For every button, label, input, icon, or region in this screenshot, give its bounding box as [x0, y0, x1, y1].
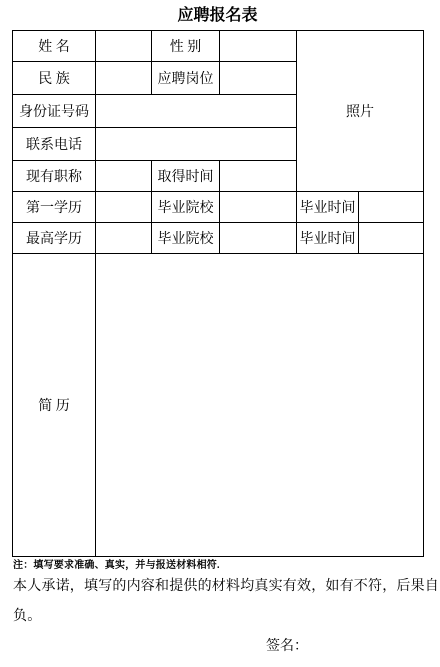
value-ethnicity[interactable] — [96, 62, 152, 95]
application-form-table: 姓 名 性 别 照片 民 族 应聘岗位 身份证号码 联系电话 现有职称 取得时间… — [12, 30, 424, 557]
label-ethnicity: 民 族 — [13, 62, 96, 95]
value-name[interactable] — [96, 31, 152, 62]
row-highest-education: 最高学历 毕业院校 毕业时间 — [13, 223, 424, 254]
value-contact-phone[interactable] — [96, 128, 297, 161]
value-first-graduate-school[interactable] — [220, 192, 297, 223]
label-highest-graduation-time: 毕业时间 — [297, 223, 359, 254]
label-highest-graduate-school: 毕业院校 — [152, 223, 220, 254]
row-resume: 简 历 — [13, 254, 424, 557]
value-id-number[interactable] — [96, 95, 297, 128]
row-name-gender: 姓 名 性 别 照片 — [13, 31, 424, 62]
value-current-title[interactable] — [96, 161, 152, 192]
declaration-text: 本人承诺，填写的内容和提供的材料均真实有效，如有不符，后果自负。 — [13, 572, 440, 632]
value-highest-graduation-time[interactable] — [359, 223, 424, 254]
value-highest-education[interactable] — [96, 223, 152, 254]
value-gender[interactable] — [220, 31, 297, 62]
value-first-education[interactable] — [96, 192, 152, 223]
label-name: 姓 名 — [13, 31, 96, 62]
value-obtain-time[interactable] — [220, 161, 297, 192]
label-first-graduate-school: 毕业院校 — [152, 192, 220, 223]
value-applied-position[interactable] — [220, 62, 297, 95]
value-resume[interactable] — [96, 254, 424, 557]
photo-cell[interactable]: 照片 — [297, 31, 424, 192]
label-applied-position: 应聘岗位 — [152, 62, 220, 95]
label-first-graduation-time: 毕业时间 — [297, 192, 359, 223]
label-first-education: 第一学历 — [13, 192, 96, 223]
page-title: 应聘报名表 — [12, 7, 423, 24]
label-current-title: 现有职称 — [13, 161, 96, 192]
label-highest-education: 最高学历 — [13, 223, 96, 254]
fill-instruction-note: 注：填写要求准确、真实，并与报送材料相符. — [13, 559, 440, 572]
row-first-education: 第一学历 毕业院校 毕业时间 — [13, 192, 424, 223]
signature-label: 签名： — [266, 639, 440, 655]
label-contact-phone: 联系电话 — [13, 128, 96, 161]
label-gender: 性 别 — [152, 31, 220, 62]
value-first-graduation-time[interactable] — [359, 192, 424, 223]
label-resume: 简 历 — [13, 254, 96, 557]
label-id-number: 身份证号码 — [13, 95, 96, 128]
label-obtain-time: 取得时间 — [152, 161, 220, 192]
value-highest-graduate-school[interactable] — [220, 223, 297, 254]
